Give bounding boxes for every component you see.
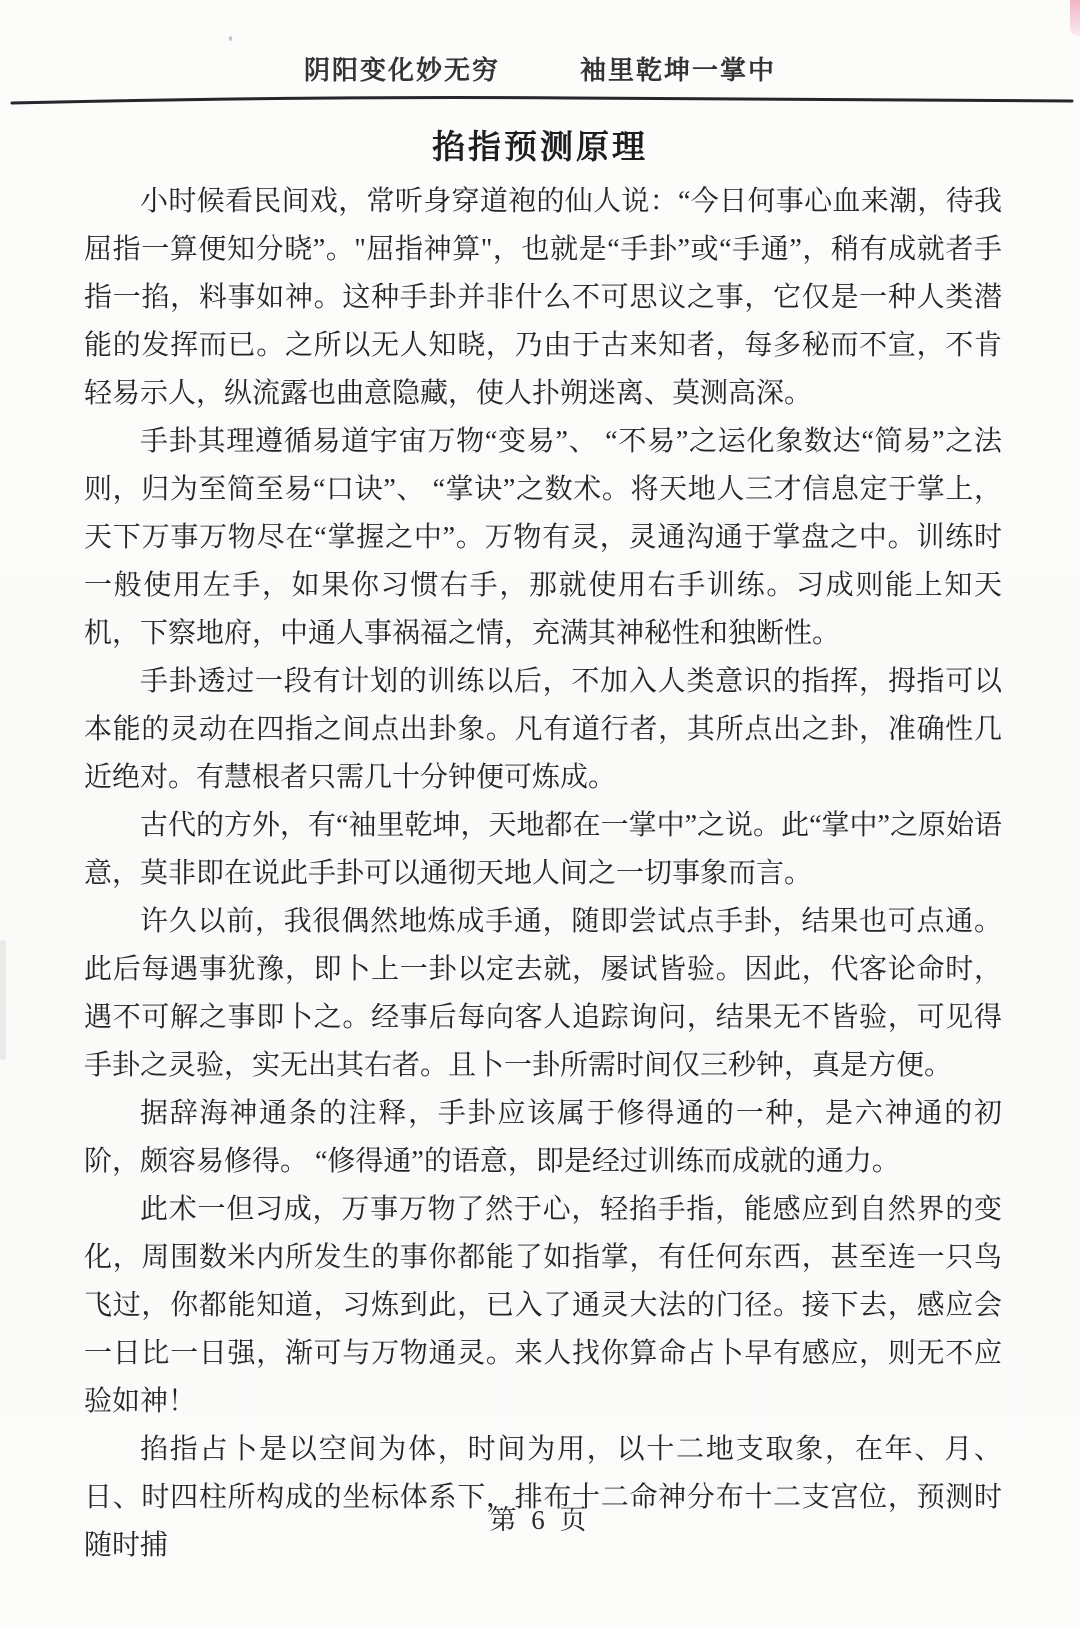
running-header: 阴阳变化妙无穷 袖里乾坤一掌中 bbox=[0, 0, 1080, 87]
scanned-document-page: 阴阳变化妙无穷 袖里乾坤一掌中 掐指预测原理 小时候看民间戏，常听身穿道袍的仙人… bbox=[0, 0, 1080, 1628]
paragraph: 小时候看民间戏，常听身穿道袍的仙人说：“今日何事心血来潮，待我屈指一算便知分晓”… bbox=[84, 178, 1002, 418]
page-footer: 第 6 页 bbox=[0, 1498, 1080, 1537]
header-rule bbox=[10, 93, 1074, 107]
header-motto-left: 阴阳变化妙无穷 bbox=[304, 50, 500, 87]
body-text: 小时候看民间戏，常听身穿道袍的仙人说：“今日何事心血来潮，待我屈指一算便知分晓”… bbox=[84, 178, 1002, 1570]
header-motto-right: 袖里乾坤一掌中 bbox=[580, 50, 776, 87]
paragraph: 许久以前，我很偶然地炼成手通，随即尝试点手卦，结果也可点通。此后每遇事犹豫，即卜… bbox=[84, 898, 1002, 1090]
header-rule-line bbox=[10, 93, 1074, 107]
paragraph: 据辞海神通条的注释，手卦应该属于修得通的一种，是六神通的初阶，颇容易修得。 “修… bbox=[84, 1090, 1002, 1186]
scan-edge-shade bbox=[0, 940, 6, 1060]
paragraph: 手卦其理遵循易道宇宙万物“变易”、 “不易”之运化象数达“简易”之法则，归为至简… bbox=[84, 418, 1002, 658]
paragraph: 此术一但习成，万事万物了然于心，轻掐手指，能感应到自然界的变化，周围数米内所发生… bbox=[84, 1186, 1002, 1426]
page-title: 掐指预测原理 bbox=[0, 121, 1080, 168]
page-number: 第 6 页 bbox=[490, 1505, 591, 1535]
paragraph: 手卦透过一段有计划的训练以后，不加入人类意识的指挥，拇指可以本能的灵动在四指之间… bbox=[84, 658, 1002, 802]
paragraph: 古代的方外，有“袖里乾坤，天地都在一掌中”之说。此“掌中”之原始语意，莫非即在说… bbox=[84, 802, 1002, 898]
